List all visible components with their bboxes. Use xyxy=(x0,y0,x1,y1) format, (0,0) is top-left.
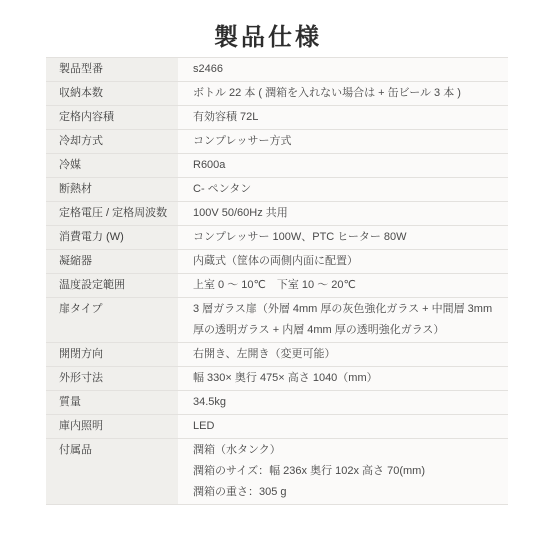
spec-value: 上室 0 〜 10℃ 下室 10 〜 20℃ xyxy=(178,274,508,297)
table-row-temperature-range: 温度設定範囲 上室 0 〜 10℃ 下室 10 〜 20℃ xyxy=(46,274,508,298)
table-row-external-dimensions: 外形寸法 幅 330× 奥行 475× 高さ 1040（mm） xyxy=(46,367,508,391)
spec-label: 定格内容積 xyxy=(46,106,178,129)
spec-value: コンプレッサー 100W、PTC ヒーター 80W xyxy=(178,226,508,249)
spec-value: R600a xyxy=(178,154,508,177)
table-row-interior-lighting: 庫内照明 LED xyxy=(46,415,508,439)
spec-value: ボトル 22 本 ( 潤箱を入れない場合は + 缶ビール 3 本 ) xyxy=(178,82,508,105)
spec-value: 有効容積 72L xyxy=(178,106,508,129)
spec-label: 冷媒 xyxy=(46,154,178,177)
spec-label: 温度設定範囲 xyxy=(46,274,178,297)
spec-label: 質量 xyxy=(46,391,178,414)
page-title: 製品仕様 xyxy=(0,0,536,52)
spec-label: 扉タイプ xyxy=(46,298,178,342)
spec-label: 庫内照明 xyxy=(46,415,178,438)
table-row-bottle-capacity: 収納本数 ボトル 22 本 ( 潤箱を入れない場合は + 缶ビール 3 本 ) xyxy=(46,82,508,106)
table-row-door-type: 扉タイプ 3 層ガラス扉（外層 4mm 厚の灰色強化ガラス + 中間層 3mm … xyxy=(46,298,508,343)
spec-value: 右開き、左開き（変更可能） xyxy=(178,343,508,366)
spec-value: LED xyxy=(178,415,508,438)
spec-value: 幅 330× 奥行 475× 高さ 1040（mm） xyxy=(178,367,508,390)
table-row-cooling-method: 冷却方式 コンプレッサー方式 xyxy=(46,130,508,154)
spec-value: 内蔵式（筐体の両側内面に配置） xyxy=(178,250,508,273)
spec-label: 製品型番 xyxy=(46,58,178,81)
table-row-accessories: 付属品 潤箱（水タンク） 潤箱のサイズ：幅 236x 奥行 102x 高さ 70… xyxy=(46,439,508,505)
table-row-insulation: 断熱材 C- ペンタン xyxy=(46,178,508,202)
table-row-condenser: 凝縮器 内蔵式（筐体の両側内面に配置） xyxy=(46,250,508,274)
table-row-model-number: 製品型番 s2466 xyxy=(46,58,508,82)
table-row-rated-volume: 定格内容積 有効容積 72L xyxy=(46,106,508,130)
spec-value: 3 層ガラス扉（外層 4mm 厚の灰色強化ガラス + 中間層 3mm 厚の透明ガ… xyxy=(178,298,508,342)
spec-table: 製品型番 s2466 収納本数 ボトル 22 本 ( 潤箱を入れない場合は + … xyxy=(46,57,508,505)
spec-value: C- ペンタン xyxy=(178,178,508,201)
table-row-voltage-frequency: 定格電圧 / 定格周波数 100V 50/60Hz 共用 xyxy=(46,202,508,226)
spec-label: 付属品 xyxy=(46,439,178,504)
spec-label: 外形寸法 xyxy=(46,367,178,390)
spec-label: 消費電力 (W) xyxy=(46,226,178,249)
spec-value: コンプレッサー方式 xyxy=(178,130,508,153)
product-spec-page: 製品仕様 製品型番 s2466 収納本数 ボトル 22 本 ( 潤箱を入れない場… xyxy=(0,0,536,536)
spec-value: s2466 xyxy=(178,58,508,81)
spec-value: 34.5kg xyxy=(178,391,508,414)
spec-label: 収納本数 xyxy=(46,82,178,105)
spec-label: 断熱材 xyxy=(46,178,178,201)
spec-value: 潤箱（水タンク） 潤箱のサイズ：幅 236x 奥行 102x 高さ 70(mm)… xyxy=(178,439,508,504)
spec-label: 冷却方式 xyxy=(46,130,178,153)
spec-label: 凝縮器 xyxy=(46,250,178,273)
table-row-power-consumption: 消費電力 (W) コンプレッサー 100W、PTC ヒーター 80W xyxy=(46,226,508,250)
spec-label: 開閉方向 xyxy=(46,343,178,366)
table-row-weight: 質量 34.5kg xyxy=(46,391,508,415)
table-row-door-opening-direction: 開閉方向 右開き、左開き（変更可能） xyxy=(46,343,508,367)
table-row-refrigerant: 冷媒 R600a xyxy=(46,154,508,178)
spec-label: 定格電圧 / 定格周波数 xyxy=(46,202,178,225)
spec-value: 100V 50/60Hz 共用 xyxy=(178,202,508,225)
